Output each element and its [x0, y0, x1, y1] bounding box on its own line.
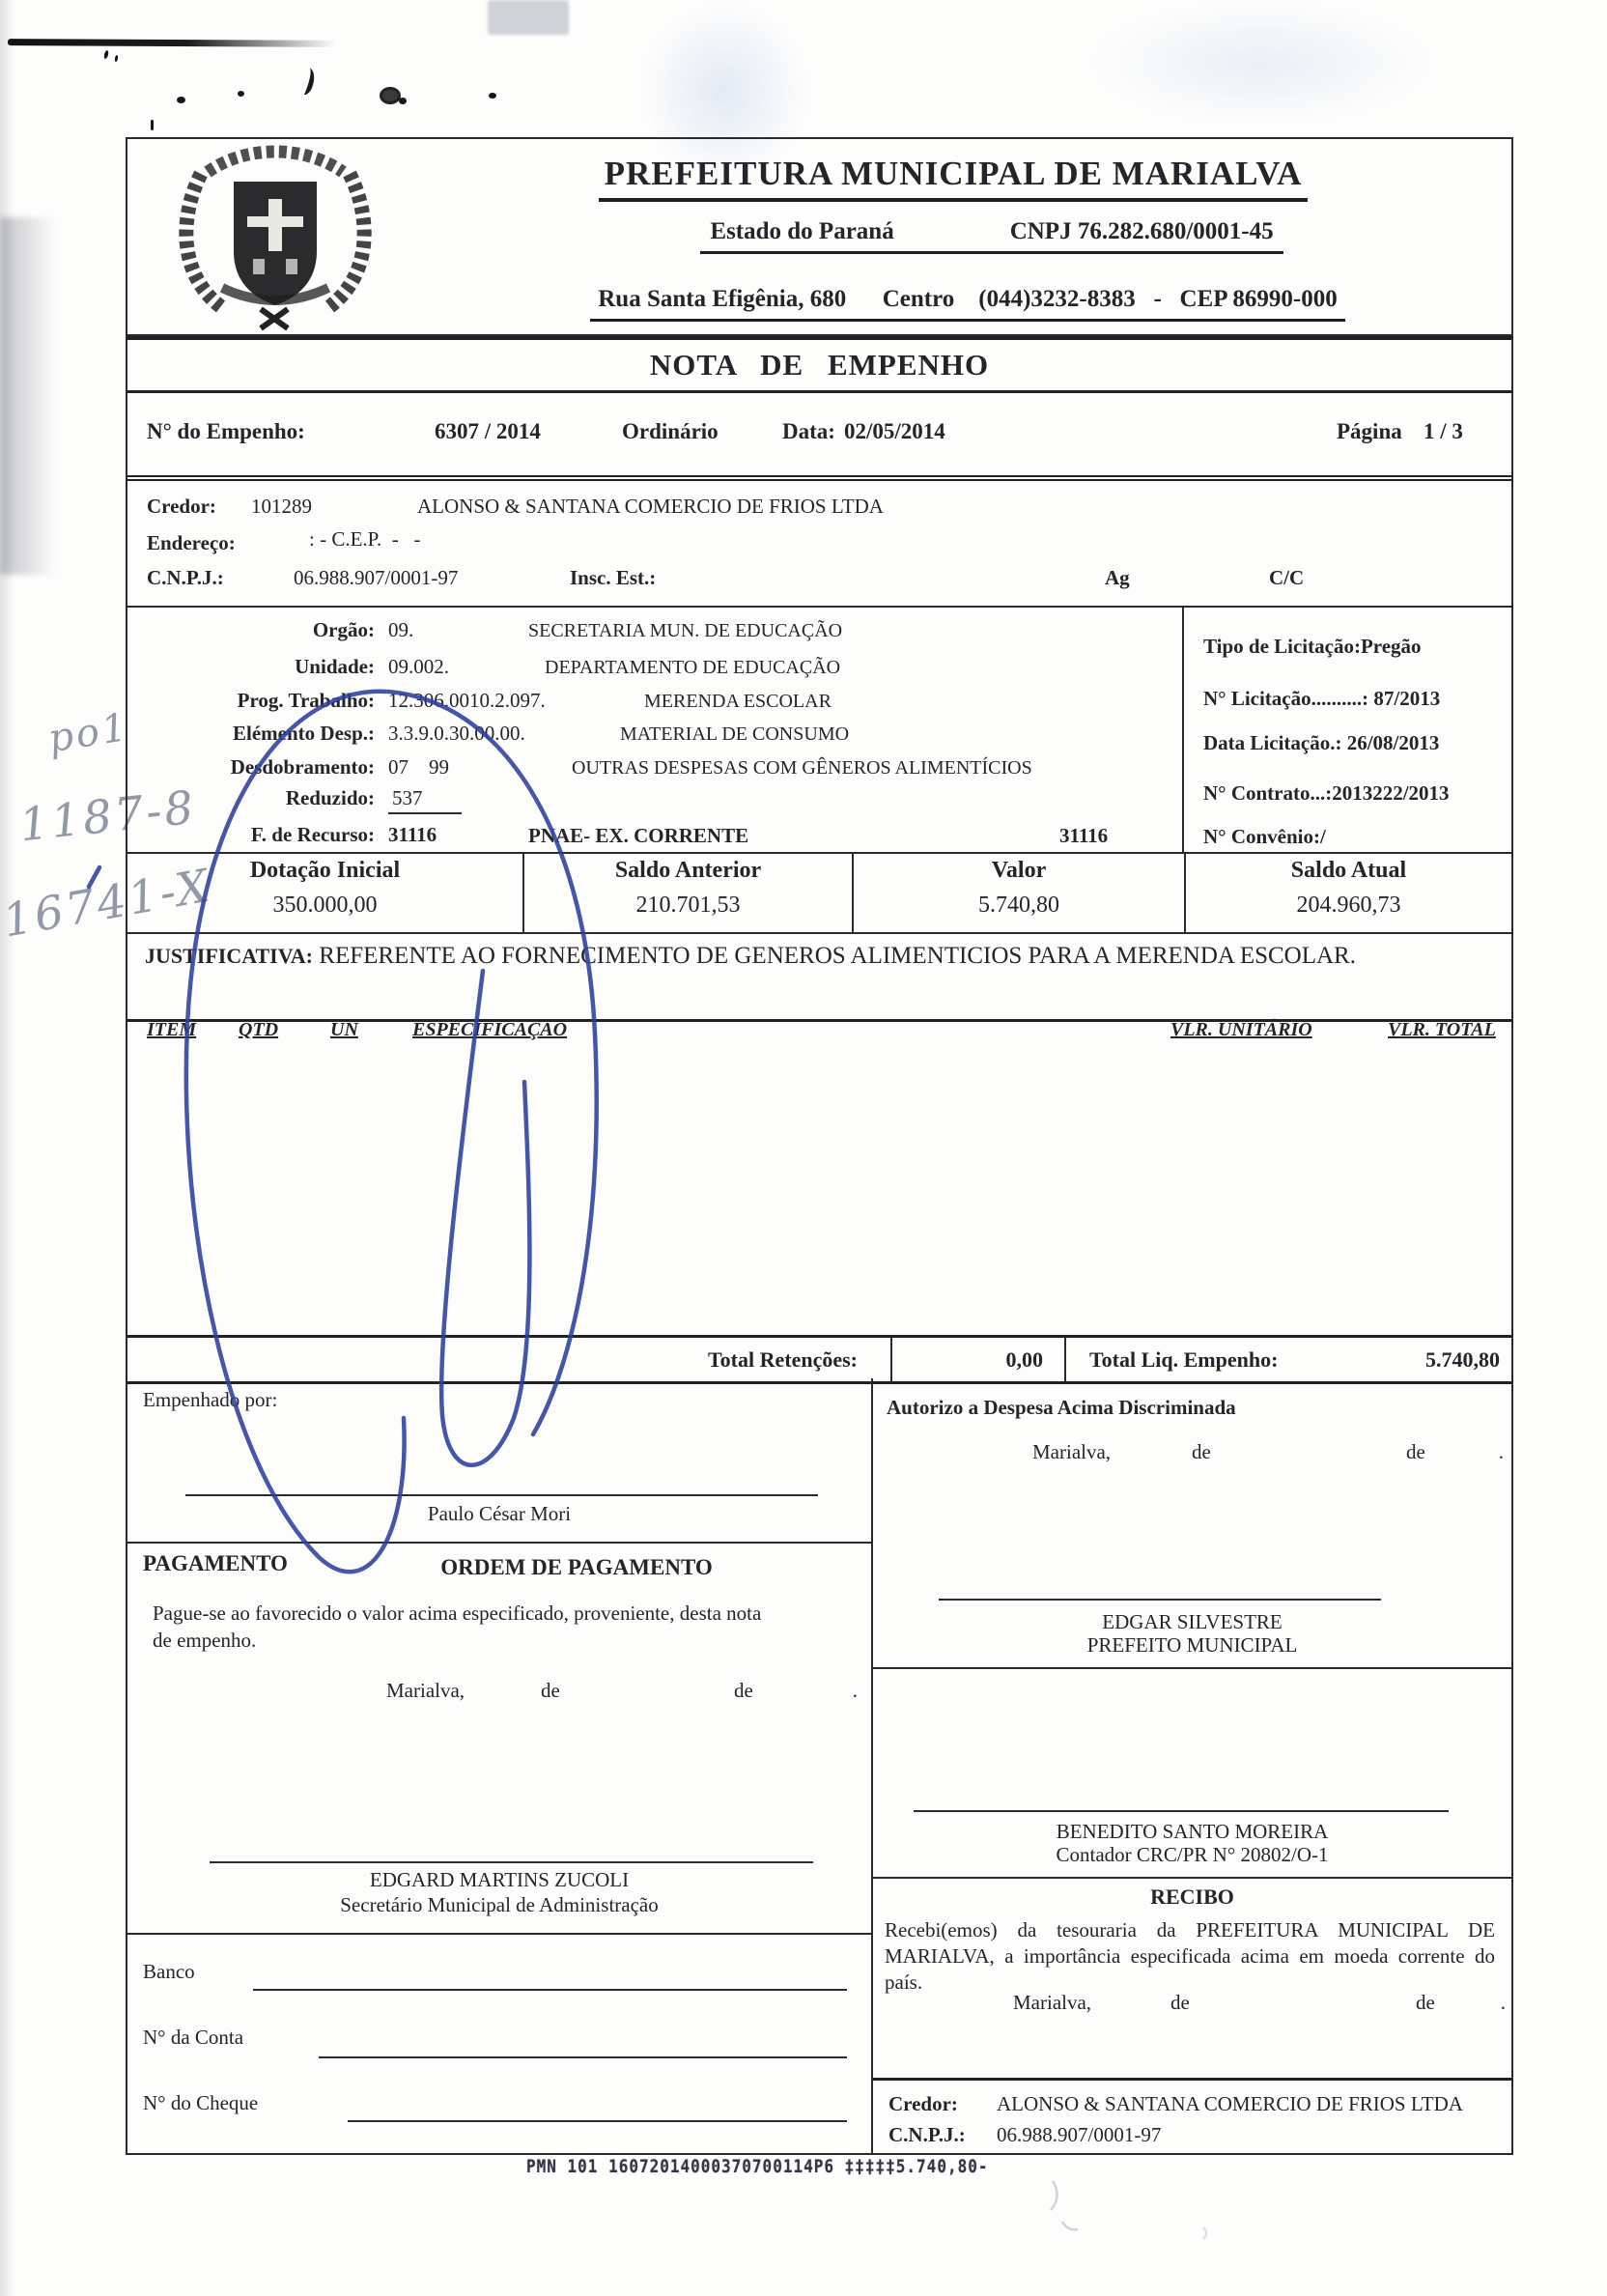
recibo-creditor-strip: Credor: ALONSO & SANTANA COMERCIO DE FRI… [873, 2078, 1511, 2153]
bank-label: Banco [143, 1960, 195, 1984]
ordem-pagamento-title: ORDEM DE PAGAMENTO [369, 1555, 784, 1580]
saldo-atual-cell: Saldo Atual 204.960,73 [1184, 852, 1511, 932]
address-label: Endereço: [147, 531, 236, 555]
right-column: Autorizo a Despesa Acima Discriminada Ma… [871, 1378, 1511, 2153]
creditor-code: 101289 [251, 495, 312, 519]
city-line-de: de [1192, 1440, 1211, 1464]
prefeito-signer: EDGAR SILVESTRE [873, 1610, 1511, 1634]
account-number-label: N° da Conta [143, 2026, 243, 2050]
fonte-recurso-value: 31116 [1059, 824, 1108, 848]
empenho-number-row: N° do Empenho: 6307 / 2014 Ordinário Dat… [127, 390, 1511, 481]
page-indicator-value: 1 / 3 [1424, 419, 1463, 444]
budget-classification-block: Orgão: 09. SECRETARIA MUN. DE EDUCAÇÃO U… [127, 606, 1511, 854]
contador-title: Contador CRC/PR N° 20802/O-1 [873, 1843, 1511, 1867]
document-title: NOTA DE EMPENHO [127, 340, 1511, 393]
scan-left-shadow [0, 217, 56, 575]
prefeitura-title-row: PREFEITURA MUNICIPAL DE MARIALVA [417, 155, 1489, 202]
empenhado-label: Empenhado por: [143, 1388, 277, 1412]
fonte-recurso-row: F. de Recurso: 31116 PNAE- EX. CORRENTE … [127, 823, 1182, 848]
address-line: Rua Santa Efigênia, 680 Centro (044)3232… [590, 286, 1345, 322]
column-divider [1182, 606, 1184, 852]
cheque-number-label: N° do Cheque [143, 2091, 258, 2115]
empenho-type: Ordinário [622, 419, 719, 444]
recibo-cnpj-label: C.N.P.J.: [888, 2123, 966, 2147]
scan-blue-smudge [1091, 0, 1429, 126]
page-indicator-label: Página [1337, 419, 1402, 444]
ink-tick [103, 50, 109, 60]
empenho-date-label: Data: [782, 419, 835, 444]
state-label: Estado do Paraná [710, 218, 893, 244]
scan-grey-blob [488, 0, 569, 35]
ink-speck [489, 93, 496, 99]
city-line-dot: . [1501, 1991, 1506, 2015]
signatures-grid: Empenhado por: Paulo César Mori PAGAMENT… [127, 1378, 1511, 2153]
justification-label: JUSTIFICATIVA: [145, 944, 313, 968]
city-line-city: Marialva, [1013, 1991, 1091, 2015]
municipal-coat-of-arms-logo [164, 143, 386, 330]
pagamento-signer: EDGARD MARTINS ZUCOLI [127, 1868, 871, 1892]
recibo-text: Recebi(emos) da tesouraria da PREFEITURA… [885, 1917, 1495, 1996]
prefeitura-title: PREFEITURA MUNICIPAL DE MARIALVA [599, 155, 1309, 202]
pagamento-text: Pague-se ao favorecido o valor acima esp… [153, 1600, 763, 1654]
signature-line [914, 1810, 1449, 1812]
empenho-number-label: N° do Empenho: [147, 419, 305, 444]
account-label: C/C [1269, 566, 1304, 590]
total-liquido-value: 5.740,80 [1425, 1338, 1500, 1381]
account-field-line [319, 2056, 847, 2058]
numero-convenio: N° Convênio:/ [1203, 825, 1326, 849]
city-line-de: de [1406, 1440, 1425, 1464]
reduzido-row: Reduzido: 537 [127, 786, 1182, 811]
city-line-city: Marialva, [386, 1679, 465, 1703]
recibo-box: RECIBO Recebi(emos) da tesouraria da PRE… [873, 1877, 1511, 2153]
contador-signer: BENEDITO SANTO MOREIRA [873, 1820, 1511, 1844]
total-liquido-label: Total Liq. Empenho: [1089, 1338, 1278, 1381]
creditor-block: Credor: 101289 ALONSO & SANTANA COMERCIO… [127, 481, 1511, 608]
recibo-cnpj-value: 06.988.907/0001-97 [997, 2123, 1161, 2147]
cheque-field-line [348, 2120, 847, 2122]
ink-blob [380, 87, 401, 104]
justification-block: JUSTIFICATIVA: REFERENTE AO FORNECIMENTO… [127, 932, 1511, 1022]
total-liquido-cell: Total Liq. Empenho: 5.740,80 [1068, 1338, 1511, 1381]
bank-box: Banco N° da Conta N° do Cheque [127, 1933, 871, 2153]
recibo-creditor-label: Credor: [888, 2092, 958, 2116]
state-reg-label: Insc. Est.: [570, 566, 656, 590]
letterhead: PREFEITURA MUNICIPAL DE MARIALVA Estado … [126, 137, 1513, 336]
ink-speck [238, 91, 244, 97]
address-value: : - C.E.P. - - [309, 527, 421, 552]
total-retencoes-label: Total Retenções: [127, 1338, 890, 1381]
signature-line [210, 1861, 813, 1863]
city-line-de: de [734, 1679, 753, 1703]
signature-line [939, 1599, 1381, 1601]
ink-tick [114, 55, 118, 62]
unidade-row: Unidade: 09.002. DEPARTAMENTO DE EDUCAÇÃ… [127, 655, 1182, 680]
handwritten-note: po1 [45, 705, 132, 762]
justification-text: REFERENTE AO FORNECIMENTO DE GENEROS ALI… [319, 943, 1356, 969]
pagamento-signer-title: Secretário Municipal de Administração [127, 1893, 871, 1917]
creditor-name: ALONSO & SANTANA COMERCIO DE FRIOS LTDA [417, 495, 884, 519]
pagamento-title: PAGAMENTO [143, 1551, 288, 1576]
dot-matrix-print-line: PMN 101 16072014000370700114P6 ‡‡‡‡‡5.74… [526, 2155, 988, 2176]
contador-box: BENEDITO SANTO MOREIRA Contador CRC/PR N… [873, 1667, 1511, 1879]
ink-tick [151, 120, 154, 130]
header-cnpj: CNPJ 76.282.680/0001-45 [1010, 218, 1274, 244]
orgao-row: Orgão: 09. SECRETARIA MUN. DE EDUCAÇÃO [127, 618, 1182, 643]
empenho-date-value: 02/05/2014 [844, 419, 945, 444]
city-line-city: Marialva, [1032, 1440, 1111, 1464]
empenhado-box: Empenhado por: Paulo César Mori [127, 1378, 871, 1544]
city-line-dot: . [1499, 1440, 1504, 1464]
cnpj-label: C.N.P.J.: [147, 566, 224, 590]
cnpj-value: 06.988.907/0001-97 [294, 566, 458, 590]
scan-black-streak [8, 39, 336, 47]
left-column: Empenhado por: Paulo César Mori PAGAMENT… [127, 1378, 871, 2153]
ink-mark [296, 66, 318, 96]
items-table-header: ITEM QTD UN ESPECIFICAÇÃO VLR. UNITÁRIO … [127, 1013, 1511, 1048]
address-row: Rua Santa Efigênia, 680 Centro (044)3232… [437, 286, 1499, 322]
saldo-anterior-cell: Saldo Anterior 210.701,53 [522, 852, 852, 932]
city-line-de: de [541, 1679, 560, 1703]
empenho-number-value: 6307 / 2014 [435, 419, 541, 444]
bank-field-line [253, 1989, 847, 1991]
city-line-de: de [1170, 1991, 1190, 2015]
prefeito-title: PREFEITO MUNICIPAL [873, 1633, 1511, 1658]
total-retencoes-value: 0,00 [890, 1338, 1066, 1381]
agency-label: Ag [1105, 566, 1130, 590]
scanned-nota-de-empenho-page: po1 1187-8 16741-X PREFEITURA MUNICIPAL … [0, 0, 1607, 2296]
autorizo-box: Autorizo a Despesa Acima Discriminada Ma… [873, 1378, 1511, 1669]
state-cnpj-row: Estado do ParanáCNPJ 76.282.680/0001-45 [494, 218, 1489, 254]
dotacao-table: Dotação Inicial 350.000,00 Saldo Anterio… [127, 852, 1511, 934]
totals-row: Total Retenções: 0,00 Total Liq. Empenho… [127, 1335, 1511, 1384]
tipo-licitacao: Tipo de Licitação:Pregão [1203, 635, 1422, 659]
valor-cell: Valor 5.740,80 [852, 852, 1184, 932]
empenhado-signer: Paulo César Mori [127, 1502, 871, 1526]
desdobramento-row: Desdobramento: 07 99 OUTRAS DESPESAS COM… [127, 755, 1182, 780]
dotacao-inicial-cell: Dotação Inicial 350.000,00 [127, 852, 522, 932]
signature-line [185, 1494, 818, 1496]
prog-trabalho-row: Prog. Trabalho: 12.306.0010.2.097. MEREN… [127, 689, 1182, 714]
ink-speck [177, 97, 185, 103]
pagamento-box: PAGAMENTO ORDEM DE PAGAMENTO Pague-se ao… [127, 1542, 871, 1935]
city-line-dot: . [853, 1679, 858, 1703]
creditor-label: Credor: [147, 495, 216, 519]
elemento-despesa-row: Elémento Desp.: 3.3.9.0.30.00.00. MATERI… [127, 722, 1182, 747]
numero-contrato: N° Contrato...:2013222/2013 [1203, 781, 1450, 806]
autorizo-title: Autorizo a Despesa Acima Discriminada [887, 1396, 1236, 1420]
city-line-de: de [1416, 1991, 1435, 2015]
numero-licitacao: N° Licitação..........: 87/2013 [1203, 687, 1440, 711]
data-licitacao: Data Licitação.: 26/08/2013 [1203, 731, 1439, 755]
empenho-form: NOTA DE EMPENHO N° do Empenho: 6307 / 20… [126, 336, 1513, 2155]
recibo-title: RECIBO [873, 1885, 1511, 1910]
recibo-creditor-value: ALONSO & SANTANA COMERCIO DE FRIOS LTDA [997, 2092, 1463, 2116]
